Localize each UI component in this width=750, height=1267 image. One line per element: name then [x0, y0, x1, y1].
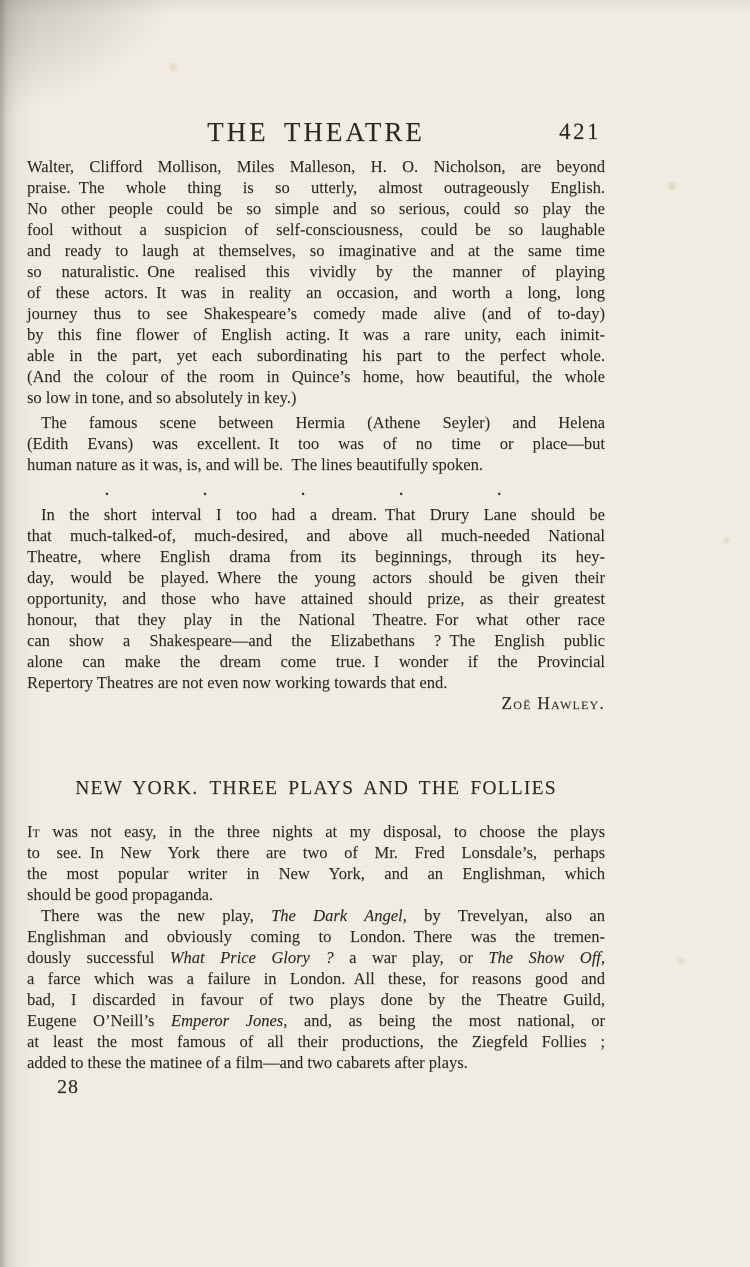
- running-header: THE THEATRE 421: [27, 116, 605, 148]
- text-line: that much-talked-of, much-desired, and a…: [27, 525, 605, 546]
- text-line: to see. In New York there are two of Mr.…: [27, 842, 605, 863]
- page-number: 421: [559, 121, 601, 142]
- text-line: human nature as it was, is, and will be.…: [27, 454, 605, 475]
- text-line: There was the new play, The Dark Angel, …: [27, 905, 605, 926]
- text-line: can show a Shakespeare—and the Elizabeth…: [27, 630, 605, 651]
- text-line: so naturalistic. One realised this vivid…: [27, 261, 605, 282]
- author-signature: Zoë Hawley.: [27, 693, 605, 714]
- foxing-spot: [676, 956, 686, 966]
- text-line: (Edith Evans) was excellent. It too was …: [27, 433, 605, 454]
- text-line: the most popular writer in New York, and…: [27, 863, 605, 884]
- section-heading: NEW YORK. THREE PLAYS AND THE FOLLIES: [27, 777, 605, 801]
- text-line: .: [497, 486, 501, 496]
- book-page: THE THEATRE 421 Walter, Clifford Molliso…: [0, 0, 750, 1267]
- text-line: able in the part, yet each subordinating…: [27, 345, 605, 366]
- text-line: Theatre, where English drama from its be…: [27, 546, 605, 567]
- text-line: at least the most famous of all their pr…: [27, 1031, 605, 1052]
- foxing-spot: [666, 180, 678, 192]
- text-line: Eugene O’Neill’s Emperor Jones, and, as …: [27, 1010, 605, 1031]
- text-line: (And the colour of the room in Quince’s …: [27, 366, 605, 387]
- paragraph-national-theatre: In the short interval I too had a dream.…: [27, 504, 605, 693]
- text-line: should be good propaganda.: [27, 884, 605, 905]
- text-line: In the short interval I too had a dream.…: [27, 504, 605, 525]
- text-line: opportunity, and those who have attained…: [27, 588, 605, 609]
- text-line: .: [105, 486, 109, 496]
- paragraph-new-york-intro: It was not easy, in the three nights at …: [27, 821, 605, 905]
- text-line: .: [203, 486, 207, 496]
- paragraph-continuation: Walter, Clifford Mollison, Miles Malleso…: [27, 156, 605, 408]
- paragraph-plays-chosen: There was the new play, The Dark Angel, …: [27, 905, 605, 1073]
- text-line: .: [301, 486, 305, 496]
- text-line: alone can make the dream come true. I wo…: [27, 651, 605, 672]
- text-line: It was not easy, in the three nights at …: [27, 821, 605, 842]
- text-line: The famous scene between Hermia (Athene …: [27, 412, 605, 433]
- text-line: Englishman and obviously coming to Londo…: [27, 926, 605, 947]
- text-line: bad, I discarded in favour of two plays …: [27, 989, 605, 1010]
- text-line: Walter, Clifford Mollison, Miles Malleso…: [27, 156, 605, 177]
- text-line: Repertory Theatres are not even now work…: [27, 672, 605, 693]
- footer-signature-number: 28: [57, 1076, 605, 1098]
- section-separator-dots: .....: [105, 481, 501, 501]
- text-line: honour, that they play in the National T…: [27, 609, 605, 630]
- text-line: so low in tone, and so absolutely in key…: [27, 387, 605, 408]
- text-line: fool without a suspicion of self-conscio…: [27, 219, 605, 240]
- text-line: .: [399, 486, 403, 496]
- text-line: No other people could be so simple and s…: [27, 198, 605, 219]
- paragraph-hermia-helena: The famous scene between Hermia (Athene …: [27, 412, 605, 475]
- text-line: praise. The whole thing is so utterly, a…: [27, 177, 605, 198]
- text-line: by this fine flower of English acting. I…: [27, 324, 605, 345]
- text-column: THE THEATRE 421 Walter, Clifford Molliso…: [27, 0, 605, 1098]
- text-line: a farce which was a failure in London. A…: [27, 968, 605, 989]
- text-line: journey thus to see Shakespeare’s comedy…: [27, 303, 605, 324]
- text-line: and ready to laugh at themselves, so ima…: [27, 240, 605, 261]
- text-line: dously successful What Price Glory ? a w…: [27, 947, 605, 968]
- text-line: added to these the matinee of a film—and…: [27, 1052, 605, 1073]
- foxing-spot: [722, 536, 731, 545]
- text-line: of these actors. It was in reality an oc…: [27, 282, 605, 303]
- running-header-title: THE THEATRE: [27, 116, 605, 148]
- text-line: day, would be played. Where the young ac…: [27, 567, 605, 588]
